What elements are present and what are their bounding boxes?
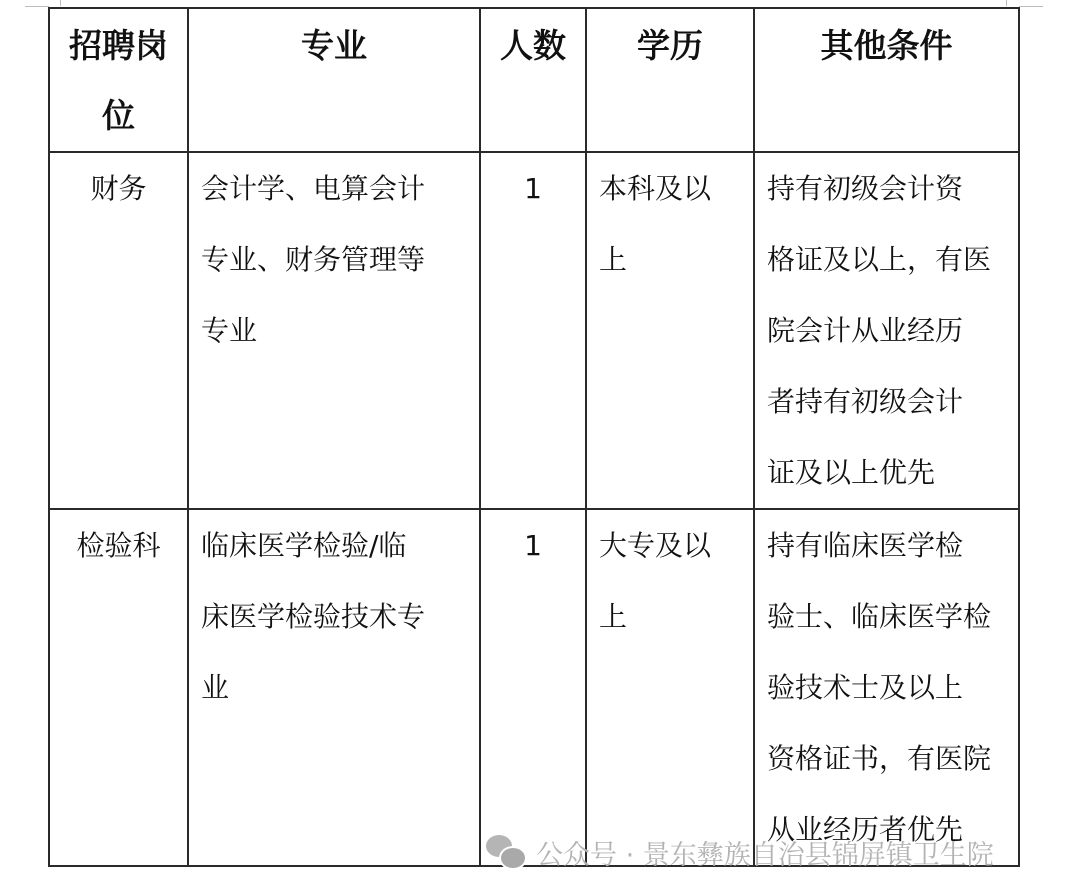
- cell-line: 床医学检验技术专: [201, 581, 473, 652]
- wechat-icon: [486, 835, 526, 869]
- crop-mark-top-left-v: [60, 0, 61, 6]
- cell-line: 专业、财务管理等: [201, 224, 473, 295]
- watermark: 公众号 · 景东彝族自治县锦屏镇卫生院: [486, 830, 994, 874]
- cell-count: 1: [480, 509, 586, 866]
- cell-education: 本科及以 上: [586, 152, 754, 509]
- cell-conditions: 持有临床医学检 验士、临床医学检 验技术士及以上 资格证书，有医院 从业经历者优…: [754, 509, 1019, 866]
- cell-line: 会计学、电算会计: [201, 153, 473, 224]
- cell-line: 格证及以上，有医: [767, 224, 1012, 295]
- header-education: 学历: [586, 8, 754, 152]
- cell-major: 临床医学检验/临 床医学检验技术专 业: [188, 509, 480, 866]
- cell-conditions: 持有初级会计资 格证及以上，有医 院会计从业经历 者持有初级会计 证及以上优先: [754, 152, 1019, 509]
- cell-line: 者持有初级会计: [767, 366, 1012, 437]
- cell-line: 专业: [201, 295, 473, 366]
- crop-mark-top-right-v: [1006, 0, 1007, 6]
- header-position-line: 位: [50, 81, 187, 151]
- cell-line: 本科及以: [599, 153, 749, 224]
- cell-major: 会计学、电算会计 专业、财务管理等 专业: [188, 152, 480, 509]
- header-conditions: 其他条件: [754, 8, 1019, 152]
- header-position-line: 招聘岗: [50, 11, 187, 81]
- cell-position: 财务: [49, 152, 188, 509]
- cell-line: 证及以上优先: [767, 437, 1012, 508]
- table-header-row: 招聘岗 位 专业 人数 学历 其他条件: [49, 8, 1019, 152]
- cell-line: 大专及以: [599, 510, 749, 581]
- cell-line: 资格证书，有医院: [767, 723, 1012, 794]
- header-major: 专业: [188, 8, 480, 152]
- watermark-text: 公众号 · 景东彝族自治县锦屏镇卫生院: [536, 833, 994, 872]
- cell-count: 1: [480, 152, 586, 509]
- crop-mark-top-right-h: [1019, 6, 1043, 7]
- cell-line: 临床医学检验/临: [201, 510, 473, 581]
- cell-position: 检验科: [49, 509, 188, 866]
- header-count: 人数: [480, 8, 586, 152]
- table-row: 财务 会计学、电算会计 专业、财务管理等 专业 1 本科及以 上 持有初级会计资…: [49, 152, 1019, 509]
- cell-line: 持有临床医学检: [767, 510, 1012, 581]
- cell-line: 上: [599, 224, 749, 295]
- crop-mark-top-left-h: [25, 6, 49, 7]
- cell-education: 大专及以 上: [586, 509, 754, 866]
- table-row: 检验科 临床医学检验/临 床医学检验技术专 业 1 大专及以 上 持有临床医学检…: [49, 509, 1019, 866]
- cell-line: 上: [599, 581, 749, 652]
- cell-line: 持有初级会计资: [767, 153, 1012, 224]
- recruitment-table: 招聘岗 位 专业 人数 学历 其他条件 财务 会计学、电算会计 专业、财务管理等…: [48, 7, 1020, 867]
- cell-line: 院会计从业经历: [767, 295, 1012, 366]
- header-position: 招聘岗 位: [49, 8, 188, 152]
- cell-line: 业: [201, 652, 473, 723]
- cell-line: 验技术士及以上: [767, 652, 1012, 723]
- cell-line: 验士、临床医学检: [767, 581, 1012, 652]
